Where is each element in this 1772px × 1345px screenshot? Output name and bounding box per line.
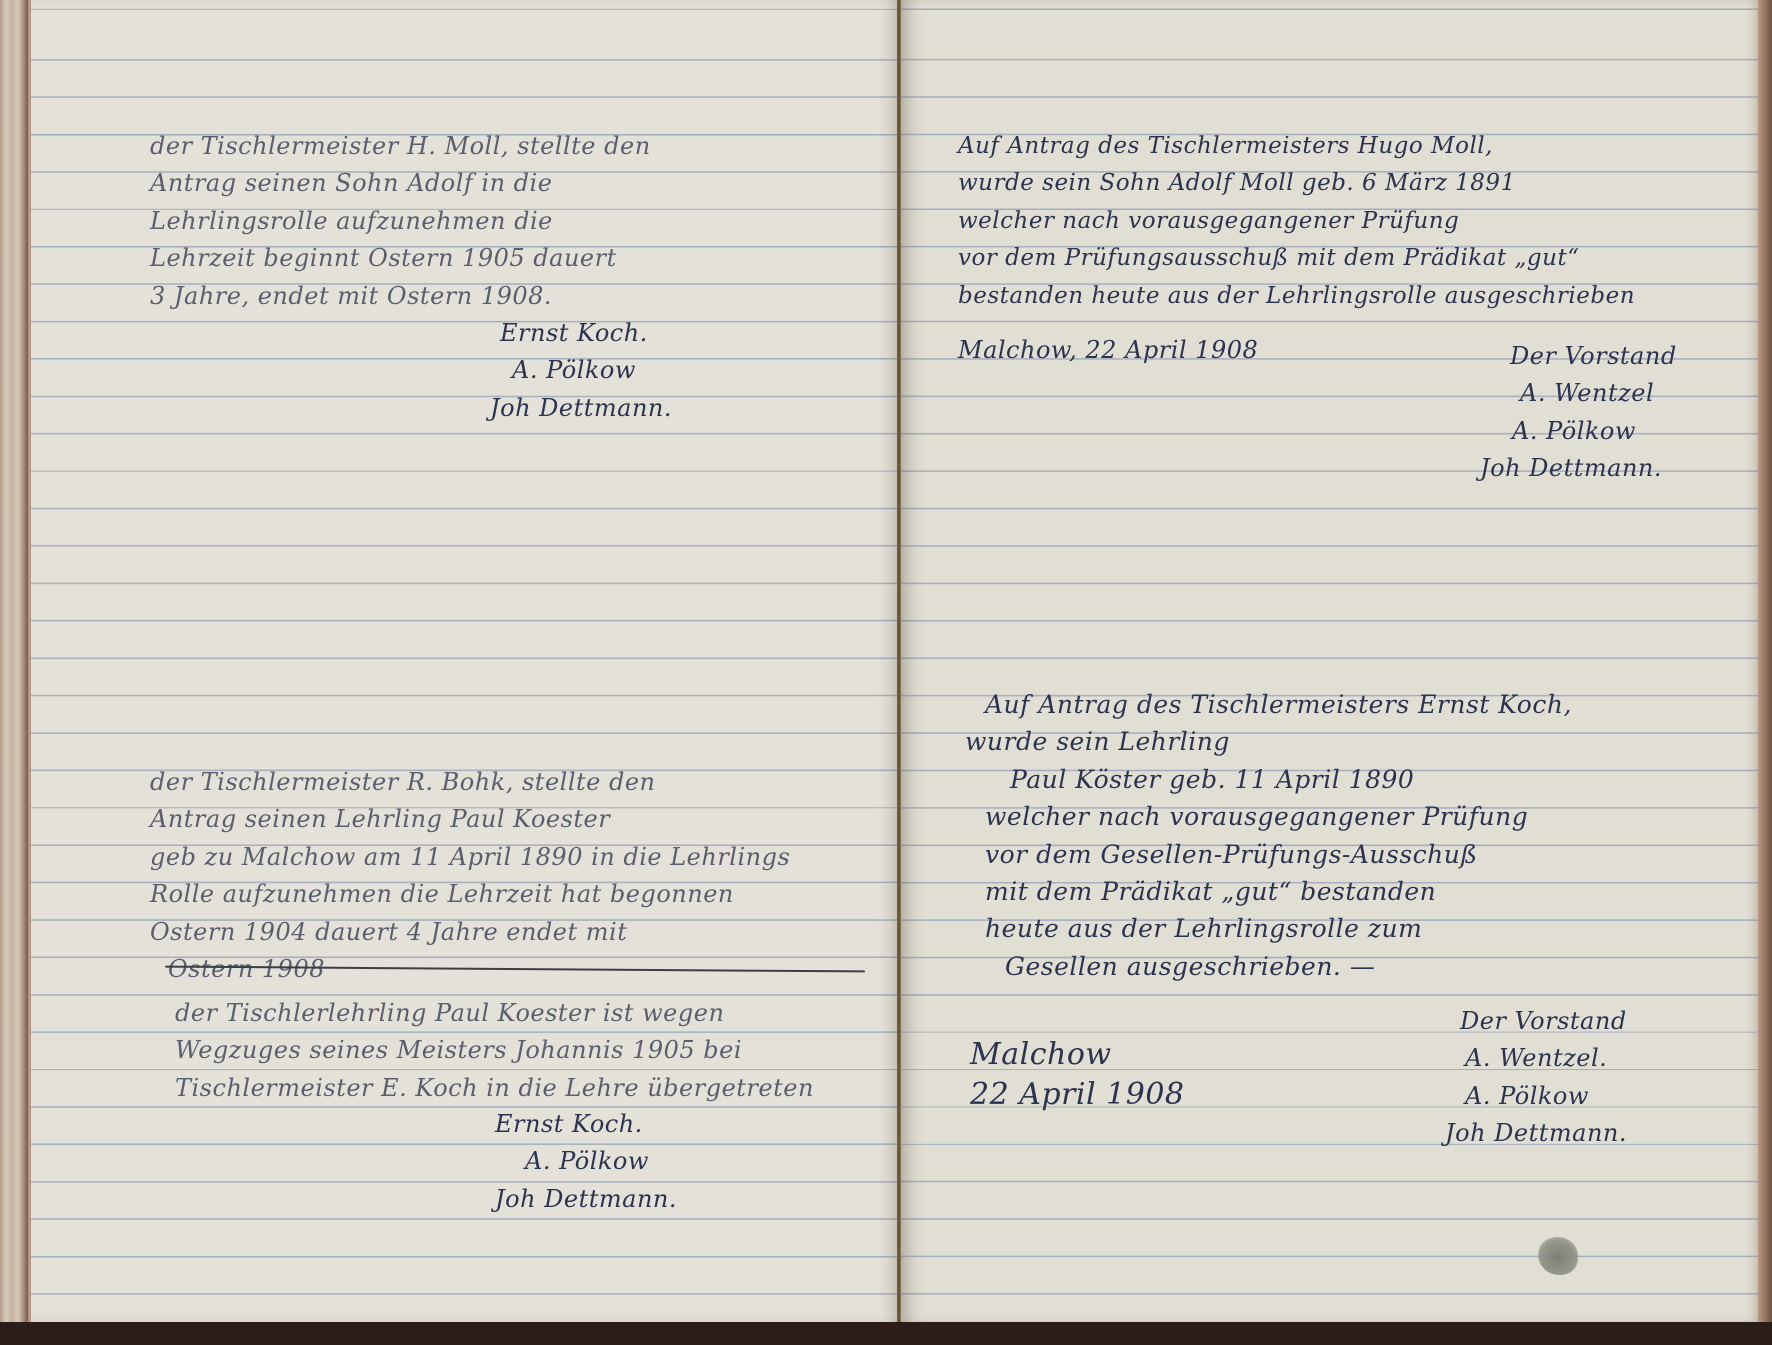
text-line: Lehrlingsrolle aufzunehmen die <box>150 203 651 240</box>
text-line: vor dem Gesellen-Prüfungs-Ausschuß <box>985 836 1572 873</box>
book-right-edge <box>1758 0 1772 1322</box>
signature: A. Pölkow <box>1512 413 1677 450</box>
right-entry-1-place-date: Malchow, 22 April 1908 <box>958 332 1258 369</box>
background-surface <box>0 1322 1772 1345</box>
right-entry-1-text: Auf Antrag des Tischlermeisters Hugo Mol… <box>958 128 1635 315</box>
text-line: wurde sein Sohn Adolf Moll geb. 6 März 1… <box>958 165 1635 202</box>
left-entry-3-signatures: Ernst Koch. A. Pölkow Joh Dettmann. <box>495 1106 677 1218</box>
text-line: der Tischlerlehrling Paul Koester ist we… <box>175 995 814 1032</box>
text-line: Tischlermeister E. Koch in die Lehre übe… <box>175 1070 814 1107</box>
signature: A. Pölkow <box>525 1143 677 1180</box>
text-line: geb zu Malchow am 11 April 1890 in die L… <box>150 839 790 876</box>
right-entry-2-text: Auf Antrag des Tischlermeisters Ernst Ko… <box>985 686 1572 985</box>
text-line: Wegzuges seines Meisters Johannis 1905 b… <box>175 1032 814 1069</box>
right-entry-1-signatures: Der Vorstand A. Wentzel A. Pölkow Joh De… <box>1500 338 1677 488</box>
book-left-edge <box>0 0 28 1322</box>
text-line: Rolle aufzunehmen die Lehrzeit hat begon… <box>150 876 790 913</box>
text-line: Paul Köster geb. 11 April 1890 <box>1010 761 1572 798</box>
text-line: Gesellen ausgeschrieben. — <box>1005 948 1572 985</box>
signature: Ernst Koch. <box>495 1106 677 1143</box>
text-line: Auf Antrag des Tischlermeisters Hugo Mol… <box>958 128 1635 165</box>
place: Malchow <box>970 1035 1185 1075</box>
signature: A. Pölkow <box>512 352 672 389</box>
place-date: Malchow, 22 April 1908 <box>958 332 1258 369</box>
text-line: welcher nach vorausgegangener Prüfung <box>985 798 1572 835</box>
left-entry-2-text: der Tischlermeister R. Bohk, stellte den… <box>150 764 790 988</box>
date: 22 April 1908 <box>970 1075 1185 1115</box>
signature: Der Vorstand <box>1510 338 1677 375</box>
text-line: Auf Antrag des Tischlermeisters Ernst Ko… <box>985 686 1572 723</box>
text-line: Lehrzeit beginnt Ostern 1905 dauert <box>150 240 651 277</box>
left-entry-3-text: der Tischlerlehrling Paul Koester ist we… <box>175 995 814 1107</box>
text-line: der Tischlermeister H. Moll, stellte den <box>150 128 651 165</box>
signature: Ernst Koch. <box>500 315 672 352</box>
right-entry-2-signatures: Der Vorstand A. Wentzel. A. Pölkow Joh D… <box>1450 1003 1627 1153</box>
text-line: der Tischlermeister R. Bohk, stellte den <box>150 764 790 801</box>
signature: A. Wentzel. <box>1465 1040 1627 1077</box>
text-line: heute aus der Lehrlingsrolle zum <box>985 910 1572 947</box>
text-line: welcher nach vorausgegangener Prüfung <box>958 203 1635 240</box>
text-line: Antrag seinen Lehrling Paul Koester <box>150 801 790 838</box>
text-line: Ostern 1904 dauert 4 Jahre endet mit <box>150 914 790 951</box>
signature: Der Vorstand <box>1460 1003 1627 1040</box>
text-line: bestanden heute aus der Lehrlingsrolle a… <box>958 278 1635 315</box>
left-entry-1-signatures: Ernst Koch. A. Pölkow Joh Dettmann. <box>490 315 672 427</box>
open-ledger-book: der Tischlermeister H. Moll, stellte den… <box>0 0 1772 1322</box>
text-line: vor dem Prüfungsausschuß mit dem Prädika… <box>958 240 1635 277</box>
right-entry-2-place-date: Malchow 22 April 1908 <box>970 1035 1185 1115</box>
signature: Joh Dettmann. <box>490 390 672 427</box>
ink-stain <box>1538 1237 1578 1275</box>
text-line: wurde sein Lehrling <box>965 723 1572 760</box>
signature: Joh Dettmann. <box>1445 1115 1627 1152</box>
text-line: Antrag seinen Sohn Adolf in die <box>150 165 651 202</box>
signature: A. Pölkow <box>1465 1078 1627 1115</box>
signature: Joh Dettmann. <box>495 1181 677 1218</box>
text-line: 3 Jahre, endet mit Ostern 1908. <box>150 278 651 315</box>
text-line: mit dem Prädikat „gut“ bestanden <box>985 873 1572 910</box>
signature: Joh Dettmann. <box>1480 450 1677 487</box>
signature: A. Wentzel <box>1520 375 1677 412</box>
left-entry-1-text: der Tischlermeister H. Moll, stellte den… <box>150 128 651 315</box>
